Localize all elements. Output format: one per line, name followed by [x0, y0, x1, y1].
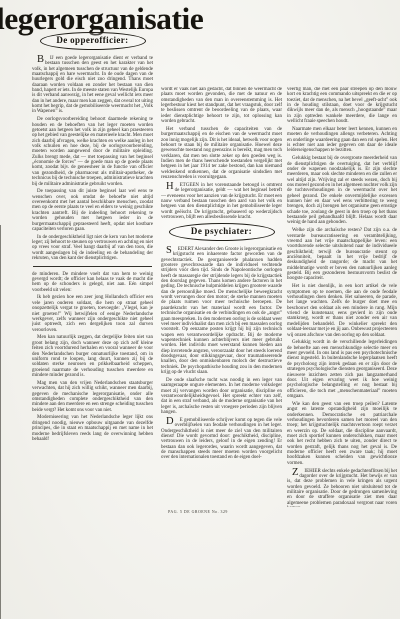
text-column-3: veertig man, die met een paar streepen o… [287, 87, 397, 507]
drop-cap: D [161, 418, 175, 427]
paragraph: Het is niet doenlijk, in een kort artike… [287, 284, 397, 337]
drop-cap: Z [287, 469, 299, 478]
paragraph: Mag men van den vrijen Nederlandschen st… [32, 381, 153, 413]
drop-cap: S [161, 247, 173, 256]
paragraph: Wie kan den geest van een troep peilen? … [287, 402, 397, 466]
page-footer: PAG. 5 DE GROENE No. 329 [118, 510, 278, 514]
paragraph: HETGEEN in het vorenstaande betoogd is o… [161, 183, 282, 220]
paragraph: Moderniseering van het Nederlandsche leg… [32, 415, 153, 442]
paragraph: de minderen. De mindere voelt dat van he… [32, 272, 153, 293]
section-header-opperofficier: De opperofficier: [40, 32, 146, 50]
paragraph: SEDERT Alexander den Groote is legerorga… [161, 247, 282, 375]
paragraph: wordt er vaak niet aan gedacht, dat binn… [161, 87, 282, 124]
scanned-newspaper-page: legerorganisatie De opperofficier:BIJ ee… [0, 0, 400, 619]
drop-cap: B [32, 56, 45, 65]
paragraph: Welke zijn die archaïsche resten? Dat zi… [287, 228, 397, 281]
paragraph: De oorlogsvoorbereiding behoort daarmede… [32, 117, 153, 186]
paragraph: Gelukkig bestaat bij de overgroote meerd… [287, 156, 397, 225]
drop-cap: H [161, 183, 175, 192]
paragraph: De toepassing van dit juiste beginsel la… [32, 189, 153, 232]
paragraph: In de ondergeschiktheid ligt niet de ker… [32, 235, 153, 262]
section-header-psychiater: De psychiater: [169, 223, 275, 241]
text-column-2: wordt er vaak niet aan gedacht, dat binn… [161, 87, 282, 511]
paragraph: ZIEHIER slechts enkele gedachtenflitsen … [287, 469, 397, 507]
paragraph: Naarmate men elkaar beter leert kennen, … [287, 127, 397, 154]
paragraph: veertig man, die met een paar streepen o… [287, 87, 397, 124]
paragraph: Het verband tusschen de capaciteiten van… [161, 127, 282, 180]
paragraph: Gelukkig wordt in de verschillende leger… [287, 340, 397, 399]
paragraph: DE gemobiliseerde schrijver komt op tege… [161, 418, 282, 461]
paragraph: BIJ een goede legerorganisatie dient er … [32, 56, 153, 115]
text-column-1: De opperofficier:BIJ een goede legerorga… [32, 31, 153, 507]
page-edge-scan-line [0, 225, 1, 619]
paragraph: Men kan natuurlijk zeggen, dat dergelijk… [32, 335, 153, 378]
divider-rule [33, 266, 152, 267]
paragraph: De oude slaafsche tucht was noodig in ee… [161, 378, 282, 415]
paragraph: Ik heb gezien hoe een zeer jong Hollands… [32, 295, 153, 332]
